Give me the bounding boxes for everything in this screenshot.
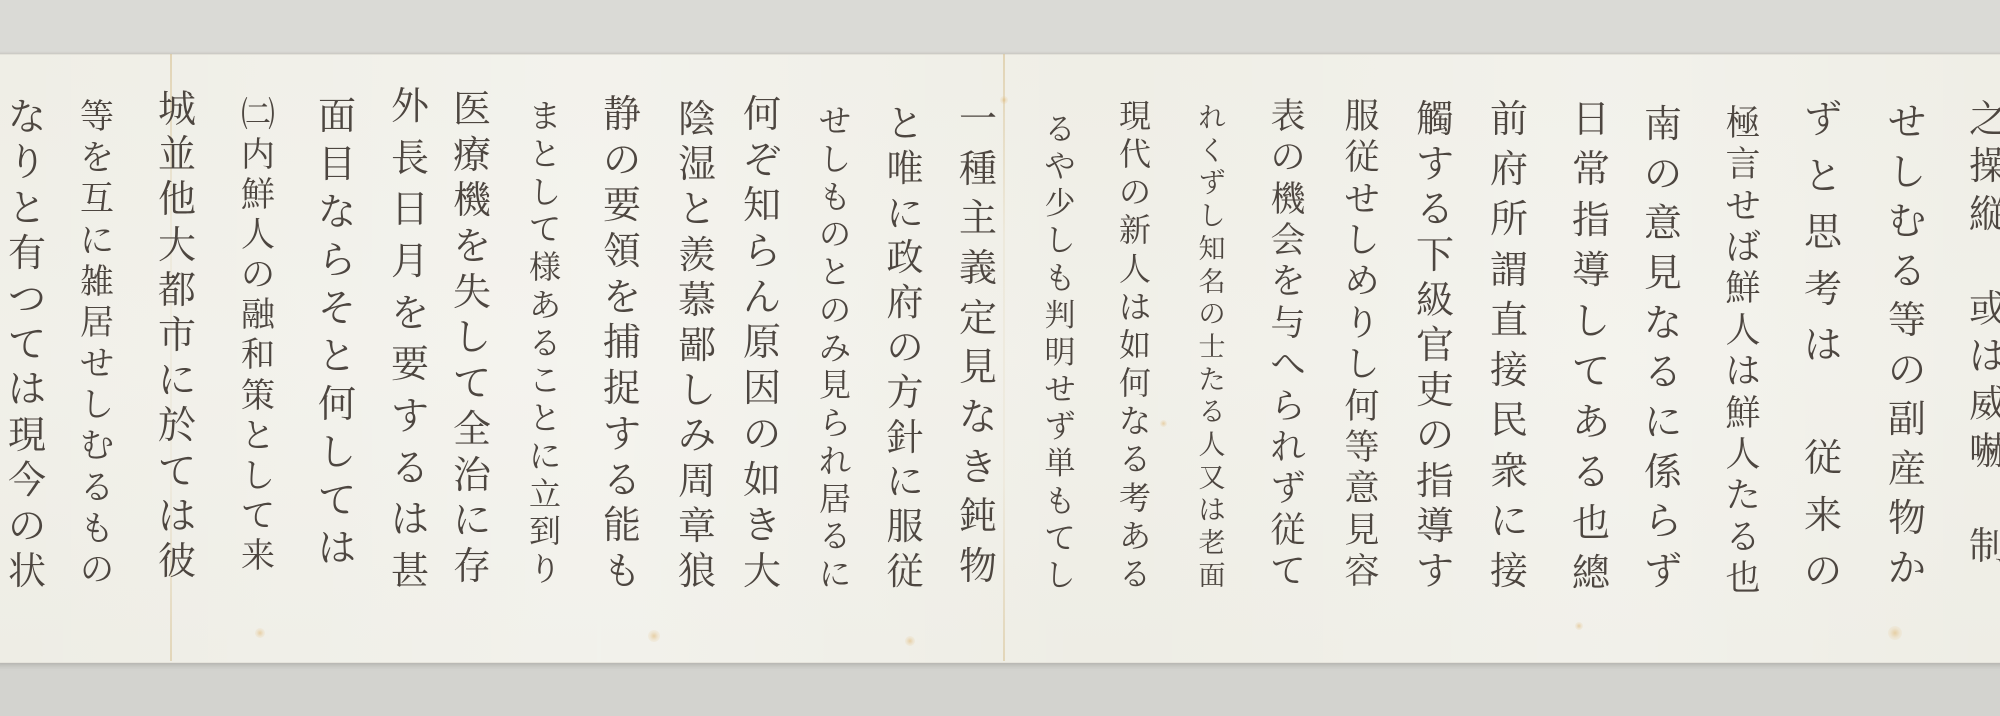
handwritten-character: 大 (743, 552, 781, 590)
handwritten-character: 能 (603, 506, 641, 544)
handwritten-character: に (819, 558, 851, 590)
text-column-2: せしむる等の副産物か (1882, 103, 1932, 587)
handwritten-character: 並 (158, 135, 196, 173)
text-column-27: なりと有つては現今の状 (2, 98, 52, 590)
handwritten-character: つ (8, 280, 46, 318)
handwritten-character: し (1888, 153, 1926, 191)
handwritten-character: 縦 (1969, 195, 2000, 233)
handwritten-character: 湿 (678, 145, 716, 183)
handwritten-character: そ (318, 289, 356, 327)
handwritten-character: き (959, 448, 997, 486)
handwritten-character: か (1888, 549, 1926, 587)
paper-stain (1160, 420, 1167, 427)
handwritten-character: 指 (1416, 462, 1454, 500)
handwritten-character: 現 (8, 416, 46, 454)
handwritten-character: 下 (1416, 236, 1454, 274)
handwritten-character: し (1045, 226, 1076, 257)
handwritten-character: 来 (1804, 496, 1842, 534)
handwritten-character: 方 (887, 374, 924, 411)
handwritten-character: 日 (1572, 100, 1610, 138)
handwritten-character: 官 (1416, 326, 1454, 364)
handwritten-character: も (1045, 264, 1076, 295)
text-column-23: 面目ならそと何しては (312, 97, 362, 567)
text-column-8: 觸する下級官吏の指導す (1410, 100, 1460, 590)
handwritten-character: 従 (1804, 439, 1842, 477)
text-column-11: れくずし知名の士たる人又は老面 (1187, 105, 1237, 590)
handwritten-character: に (80, 224, 114, 258)
handwritten-character: り (1344, 307, 1379, 342)
handwritten-character: せ (1045, 375, 1076, 406)
handwritten-character: 接 (1490, 552, 1528, 590)
handwritten-character: 従 (1270, 514, 1305, 549)
handwritten-character: 領 (603, 232, 641, 270)
handwritten-character: 名 (1199, 269, 1226, 296)
handwritten-character (1969, 242, 2000, 280)
handwritten-character: 等 (1888, 301, 1926, 339)
handwritten-character: る (1888, 252, 1926, 290)
handwritten-character: 内 (241, 138, 275, 172)
handwritten-character: 衆 (1490, 452, 1528, 490)
handwritten-character: 考 (1804, 270, 1842, 308)
handwritten-character: ず (1199, 170, 1226, 197)
handwritten-character: 全 (453, 410, 491, 448)
handwritten-character: 目 (318, 145, 356, 183)
handwritten-character: 捉 (603, 369, 641, 407)
handwritten-character: て (318, 481, 356, 519)
handwritten-character: を (1270, 265, 1305, 300)
handwritten-character: を (80, 141, 114, 175)
handwritten-character: し (529, 176, 561, 208)
handwritten-character: ら (1270, 390, 1305, 425)
handwritten-character: あ (1572, 403, 1610, 441)
handwritten-character: な (959, 398, 997, 436)
handwritten-character: 老 (1199, 530, 1226, 557)
handwritten-character: 鄙 (678, 326, 716, 364)
handwritten-character: と (241, 419, 275, 453)
handwritten-character: し (1045, 561, 1076, 592)
handwritten-character: む (1888, 202, 1926, 240)
text-column-18: 陰湿と羨慕鄙しみ周章狼 (672, 100, 722, 590)
handwritten-character: 因 (743, 369, 781, 407)
handwritten-character: 明 (1045, 338, 1076, 369)
paper-seam (1003, 54, 1005, 661)
text-column-4: 極言せば鮮人は鮮人たる也 (1718, 107, 1768, 597)
handwritten-character: 様 (529, 251, 561, 283)
handwritten-character: の (1199, 301, 1226, 328)
handwritten-character: に (158, 361, 196, 399)
handwritten-character: こ (529, 364, 561, 396)
handwritten-character: 融 (241, 298, 275, 332)
handwritten-character: 周 (678, 462, 716, 500)
handwritten-character: 係 (1644, 453, 1682, 491)
handwritten-character: 意 (1344, 472, 1379, 507)
handwritten-character: ㈡ (241, 98, 275, 132)
handwritten-character: 針 (887, 419, 924, 456)
handwritten-character: れ (1199, 105, 1226, 132)
handwritten-character: 存 (453, 547, 491, 585)
handwritten-character: に (1644, 403, 1682, 441)
text-column-19: 静の要領を捕捉する能も (597, 95, 647, 590)
handwritten-character: る (1572, 453, 1610, 491)
handwritten-character: も (80, 512, 114, 546)
handwritten-character: 府 (887, 284, 924, 321)
handwritten-character: 居 (80, 306, 114, 340)
handwritten-character: 考 (1119, 482, 1151, 514)
text-column-15: と唯に政府の方針に服従 (880, 105, 930, 590)
handwritten-character: し (1199, 203, 1226, 230)
handwritten-character: ぞ (743, 141, 781, 179)
handwritten-character: 鮮 (241, 178, 275, 212)
text-column-5: 南の意見なるに係らず (1638, 105, 1688, 590)
handwritten-character: 治 (453, 456, 491, 494)
handwritten-character: 意 (1644, 204, 1682, 242)
handwritten-character: な (1644, 304, 1682, 342)
handwritten-character: ば (1725, 231, 1760, 266)
handwritten-character: 南 (1644, 105, 1682, 143)
handwritten-character: れ (1270, 431, 1305, 466)
handwritten-character: 単 (1045, 449, 1076, 480)
handwritten-character: る (1416, 190, 1454, 228)
handwritten-character: 表 (1270, 100, 1305, 135)
handwritten-character: て (241, 499, 275, 533)
handwritten-character: し (80, 388, 114, 422)
handwritten-character: 操 (1969, 147, 2000, 185)
handwritten-character: 城 (158, 90, 196, 128)
handwritten-character: を (391, 294, 429, 332)
handwritten-character: る (1199, 399, 1226, 426)
handwritten-character: の (1644, 155, 1682, 193)
handwritten-character: の (743, 415, 781, 453)
handwritten-character: 鮮 (1725, 397, 1760, 432)
handwritten-character: な (1119, 405, 1151, 437)
handwritten-character: は (1199, 497, 1226, 524)
handwritten-character: 甚 (391, 552, 429, 590)
handwritten-character: 章 (678, 507, 716, 545)
handwritten-character: た (1199, 367, 1226, 394)
handwritten-character: に (453, 501, 491, 539)
handwritten-character: の (1888, 351, 1926, 389)
handwritten-character: り (8, 143, 46, 181)
handwritten-character: あ (529, 289, 561, 321)
handwritten-character: て (8, 325, 46, 363)
handwritten-character: 前 (1490, 100, 1528, 138)
handwritten-character: 義 (959, 249, 997, 287)
handwritten-character: 状 (8, 552, 46, 590)
paper-stain (905, 636, 915, 646)
handwritten-character: 大 (158, 226, 196, 264)
handwritten-character: 到 (529, 515, 561, 547)
handwritten-character: 副 (1888, 400, 1926, 438)
text-column-21: 医療機を失して全治に存 (447, 90, 497, 585)
handwritten-character: 今 (8, 461, 46, 499)
handwritten-character: 何 (318, 385, 356, 423)
paper-stain (1888, 626, 1902, 640)
handwritten-character: な (318, 193, 356, 231)
handwritten-character: る (1045, 115, 1076, 146)
handwritten-character: と (678, 190, 716, 228)
handwritten-character: 唯 (887, 150, 924, 187)
handwritten-character: し (453, 318, 491, 356)
handwritten-character: 知 (1199, 236, 1226, 263)
handwritten-character: し (241, 459, 275, 493)
handwritten-character: ら (743, 232, 781, 270)
handwritten-character: は (1804, 326, 1842, 364)
handwritten-character: も (603, 552, 641, 590)
handwritten-character: 慕 (678, 281, 716, 319)
handwritten-character: る (1119, 558, 1151, 590)
handwritten-character: 思 (1804, 213, 1842, 251)
handwritten-character: 月 (391, 242, 429, 280)
text-column-9: 服従せしめりし何等意見容 (1337, 100, 1387, 590)
handwritten-character: 見 (1644, 254, 1682, 292)
handwritten-character: 級 (1416, 281, 1454, 319)
handwritten-character: に (1490, 502, 1528, 540)
handwritten-character: せ (819, 105, 851, 137)
handwritten-character: る (1644, 353, 1682, 391)
handwritten-character: は (8, 370, 46, 408)
handwritten-character: 居 (819, 483, 851, 515)
handwritten-character: 見 (1344, 514, 1379, 549)
handwritten-character: 鮮 (1725, 272, 1760, 307)
handwritten-character: 也 (1572, 504, 1610, 542)
handwritten-character: み (678, 416, 716, 454)
handwritten-character: 總 (1572, 554, 1610, 592)
handwritten-character: 人 (1199, 432, 1226, 459)
handwritten-character: 要 (391, 345, 429, 383)
handwritten-character: も (1045, 487, 1076, 518)
handwritten-character: 静 (603, 95, 641, 133)
background-top (0, 0, 2000, 54)
handwritten-character (1969, 480, 2000, 518)
handwritten-character: 現 (1119, 100, 1151, 132)
handwritten-character: 他 (158, 180, 196, 218)
handwritten-character: み (819, 332, 851, 364)
handwritten-character: 所 (1490, 200, 1528, 238)
handwritten-character: 機 (1270, 183, 1305, 218)
handwritten-character: し (819, 143, 851, 175)
handwritten-character: は (1725, 355, 1760, 390)
handwritten-character: ら (1644, 502, 1682, 540)
handwritten-character: 狼 (678, 552, 716, 590)
handwritten-character: は (318, 529, 356, 567)
handwritten-character: 服 (887, 508, 924, 545)
handwritten-character: ん (743, 278, 781, 316)
text-column-1: 之操縦 或は威嚇 制 (1963, 100, 2000, 565)
handwritten-character: 服 (1344, 100, 1379, 135)
handwritten-character: た (1725, 479, 1760, 514)
handwritten-character: 面 (318, 97, 356, 135)
background-bottom (0, 661, 2000, 716)
handwritten-character: 原 (743, 323, 781, 361)
handwritten-character: 従 (887, 553, 924, 590)
handwritten-character: 何 (743, 95, 781, 133)
handwritten-character: 代 (1119, 138, 1151, 170)
handwritten-character: 面 (1199, 563, 1226, 590)
handwritten-character: ず (1804, 100, 1842, 138)
handwritten-character: 産 (1888, 450, 1926, 488)
handwritten-character: と (819, 256, 851, 288)
handwritten-character: 物 (1888, 499, 1926, 537)
handwritten-character: せ (80, 347, 114, 381)
handwritten-character: て (529, 213, 561, 245)
text-column-17: 何ぞ知らん原因の如き大 (737, 95, 787, 590)
handwritten-character: る (80, 471, 114, 505)
handwritten-character: す (603, 415, 641, 453)
handwritten-character: 彼 (158, 542, 196, 580)
handwritten-character: と (529, 138, 561, 170)
handwritten-character: 少 (1045, 189, 1076, 220)
handwritten-character: 従 (1344, 141, 1379, 176)
handwritten-character: ず (1045, 412, 1076, 443)
handwritten-character: 政 (887, 239, 924, 276)
handwritten-character: ず (1270, 472, 1305, 507)
handwritten-character: 等 (1344, 431, 1379, 466)
handwritten-character: と (887, 105, 924, 142)
handwritten-character: ず (1644, 552, 1682, 590)
handwritten-character: 何 (1119, 367, 1151, 399)
handwritten-character: 物 (959, 547, 997, 585)
handwritten-character: 療 (453, 136, 491, 174)
handwritten-character: て (1572, 352, 1610, 390)
handwritten-character: 失 (453, 273, 491, 311)
handwritten-character: せ (1888, 103, 1926, 141)
handwritten-character: 種 (959, 150, 997, 188)
handwritten-character: の (8, 507, 46, 545)
handwritten-character: 市 (158, 316, 196, 354)
handwritten-character: 接 (1490, 351, 1528, 389)
text-column-25: 城並他大都市に於ては彼 (152, 90, 202, 580)
handwritten-character: 来 (241, 539, 275, 573)
handwritten-character: 導 (1572, 251, 1610, 289)
handwritten-character: 互 (80, 182, 114, 216)
handwritten-character: 策 (241, 379, 275, 413)
handwritten-character: む (80, 429, 114, 463)
handwritten-character: あ (1119, 520, 1151, 552)
handwritten-character: 陰 (678, 100, 716, 138)
handwritten-character: ら (819, 407, 851, 439)
handwritten-character: の (819, 218, 851, 250)
handwritten-character: て (1270, 555, 1305, 590)
handwritten-character: 外 (391, 87, 429, 125)
handwritten-character: 機 (453, 181, 491, 219)
handwritten-character: す (391, 397, 429, 435)
handwritten-character: 人 (1725, 438, 1760, 473)
handwritten-character: は (391, 500, 429, 538)
handwritten-character: 和 (241, 338, 275, 372)
text-column-7: 前府所謂直接民衆に接 (1484, 100, 1534, 590)
handwritten-character: 有 (8, 234, 46, 272)
handwritten-character: 嚇 (1969, 432, 2000, 470)
handwritten-character: 又 (1199, 465, 1226, 492)
handwritten-character: り (529, 553, 561, 585)
handwritten-character: し (1344, 224, 1379, 259)
text-column-24: ㈡内鮮人の融和策として来 (233, 98, 283, 573)
paper-stain (1575, 622, 1583, 630)
handwritten-character: 要 (603, 186, 641, 224)
handwritten-character: 如 (1119, 329, 1151, 361)
handwritten-character: の (1804, 552, 1842, 590)
handwritten-character: 立 (529, 478, 561, 510)
handwritten-character: も (819, 181, 851, 213)
handwritten-character: る (1725, 521, 1760, 556)
handwritten-character: は (1119, 291, 1151, 323)
handwritten-character: 直 (1490, 301, 1528, 339)
handwritten-character: は (1969, 337, 2000, 375)
handwritten-character: て (453, 364, 491, 402)
handwritten-character: と (318, 337, 356, 375)
handwritten-character: 新 (1119, 214, 1151, 246)
handwritten-character: せ (1344, 183, 1379, 218)
handwritten-character: 或 (1969, 290, 2000, 328)
handwritten-character: の (603, 141, 641, 179)
handwritten-character: と (1804, 157, 1842, 195)
handwritten-character: 医 (453, 90, 491, 128)
handwritten-character: 判 (1045, 301, 1076, 332)
handwritten-character: る (391, 449, 429, 487)
handwritten-character: 指 (1572, 201, 1610, 239)
handwritten-character: 何 (1344, 390, 1379, 425)
text-column-13: るや少しも判明せず単もてし (1035, 115, 1085, 592)
handwritten-character: て (158, 452, 196, 490)
handwritten-character: 如 (743, 461, 781, 499)
handwritten-character: 人 (1725, 314, 1760, 349)
text-column-16: せしものとのみ見られ居るに (810, 105, 860, 590)
handwritten-character: く (1199, 138, 1226, 165)
handwritten-character: る (603, 461, 641, 499)
handwritten-character: 謂 (1490, 251, 1528, 289)
handwritten-character: 見 (959, 348, 997, 386)
handwritten-character: 雑 (80, 265, 114, 299)
handwritten-character: め (1344, 265, 1379, 300)
handwritten-character: 与 (1270, 307, 1305, 342)
handwritten-character: 觸 (1416, 100, 1454, 138)
handwritten-character: き (743, 506, 781, 544)
handwritten-character: 導 (1416, 507, 1454, 545)
text-column-22: 外長日月を要するは甚 (385, 87, 435, 590)
handwritten-character: は (158, 497, 196, 535)
handwritten-character: を (603, 278, 641, 316)
handwritten-character: の (1416, 416, 1454, 454)
handwritten-character: と (529, 402, 561, 434)
handwritten-character: ま (529, 100, 561, 132)
handwritten-character: や (1045, 152, 1076, 183)
handwritten-character: 鈍 (959, 497, 997, 535)
handwritten-character: 捕 (603, 323, 641, 361)
handwritten-character: の (887, 329, 924, 366)
text-column-20: まとして様あることに立到り (520, 100, 570, 585)
handwritten-character: 等 (80, 100, 114, 134)
handwritten-character: 吏 (1416, 371, 1454, 409)
text-column-10: 表の機会を与へられず従て (1263, 100, 1313, 590)
handwritten-character: の (819, 294, 851, 326)
paper-stain (648, 630, 660, 642)
handwritten-character: れ (819, 445, 851, 477)
handwritten-character: 制 (1969, 527, 2000, 565)
handwritten-character: と (8, 189, 46, 227)
handwritten-character: す (1416, 552, 1454, 590)
handwritten-character: の (1119, 176, 1151, 208)
handwritten-character: 長 (391, 139, 429, 177)
text-column-3: ずと思考は 従来の (1798, 100, 1848, 590)
handwritten-character: 羨 (678, 236, 716, 274)
handwritten-character: し (1572, 302, 1610, 340)
handwritten-character: 定 (959, 299, 997, 337)
handwritten-character: を (453, 227, 491, 265)
handwritten-character: 言 (1725, 148, 1760, 183)
handwritten-character: る (1119, 443, 1151, 475)
handwritten-character: せ (1725, 190, 1760, 225)
handwritten-character: ら (318, 241, 356, 279)
